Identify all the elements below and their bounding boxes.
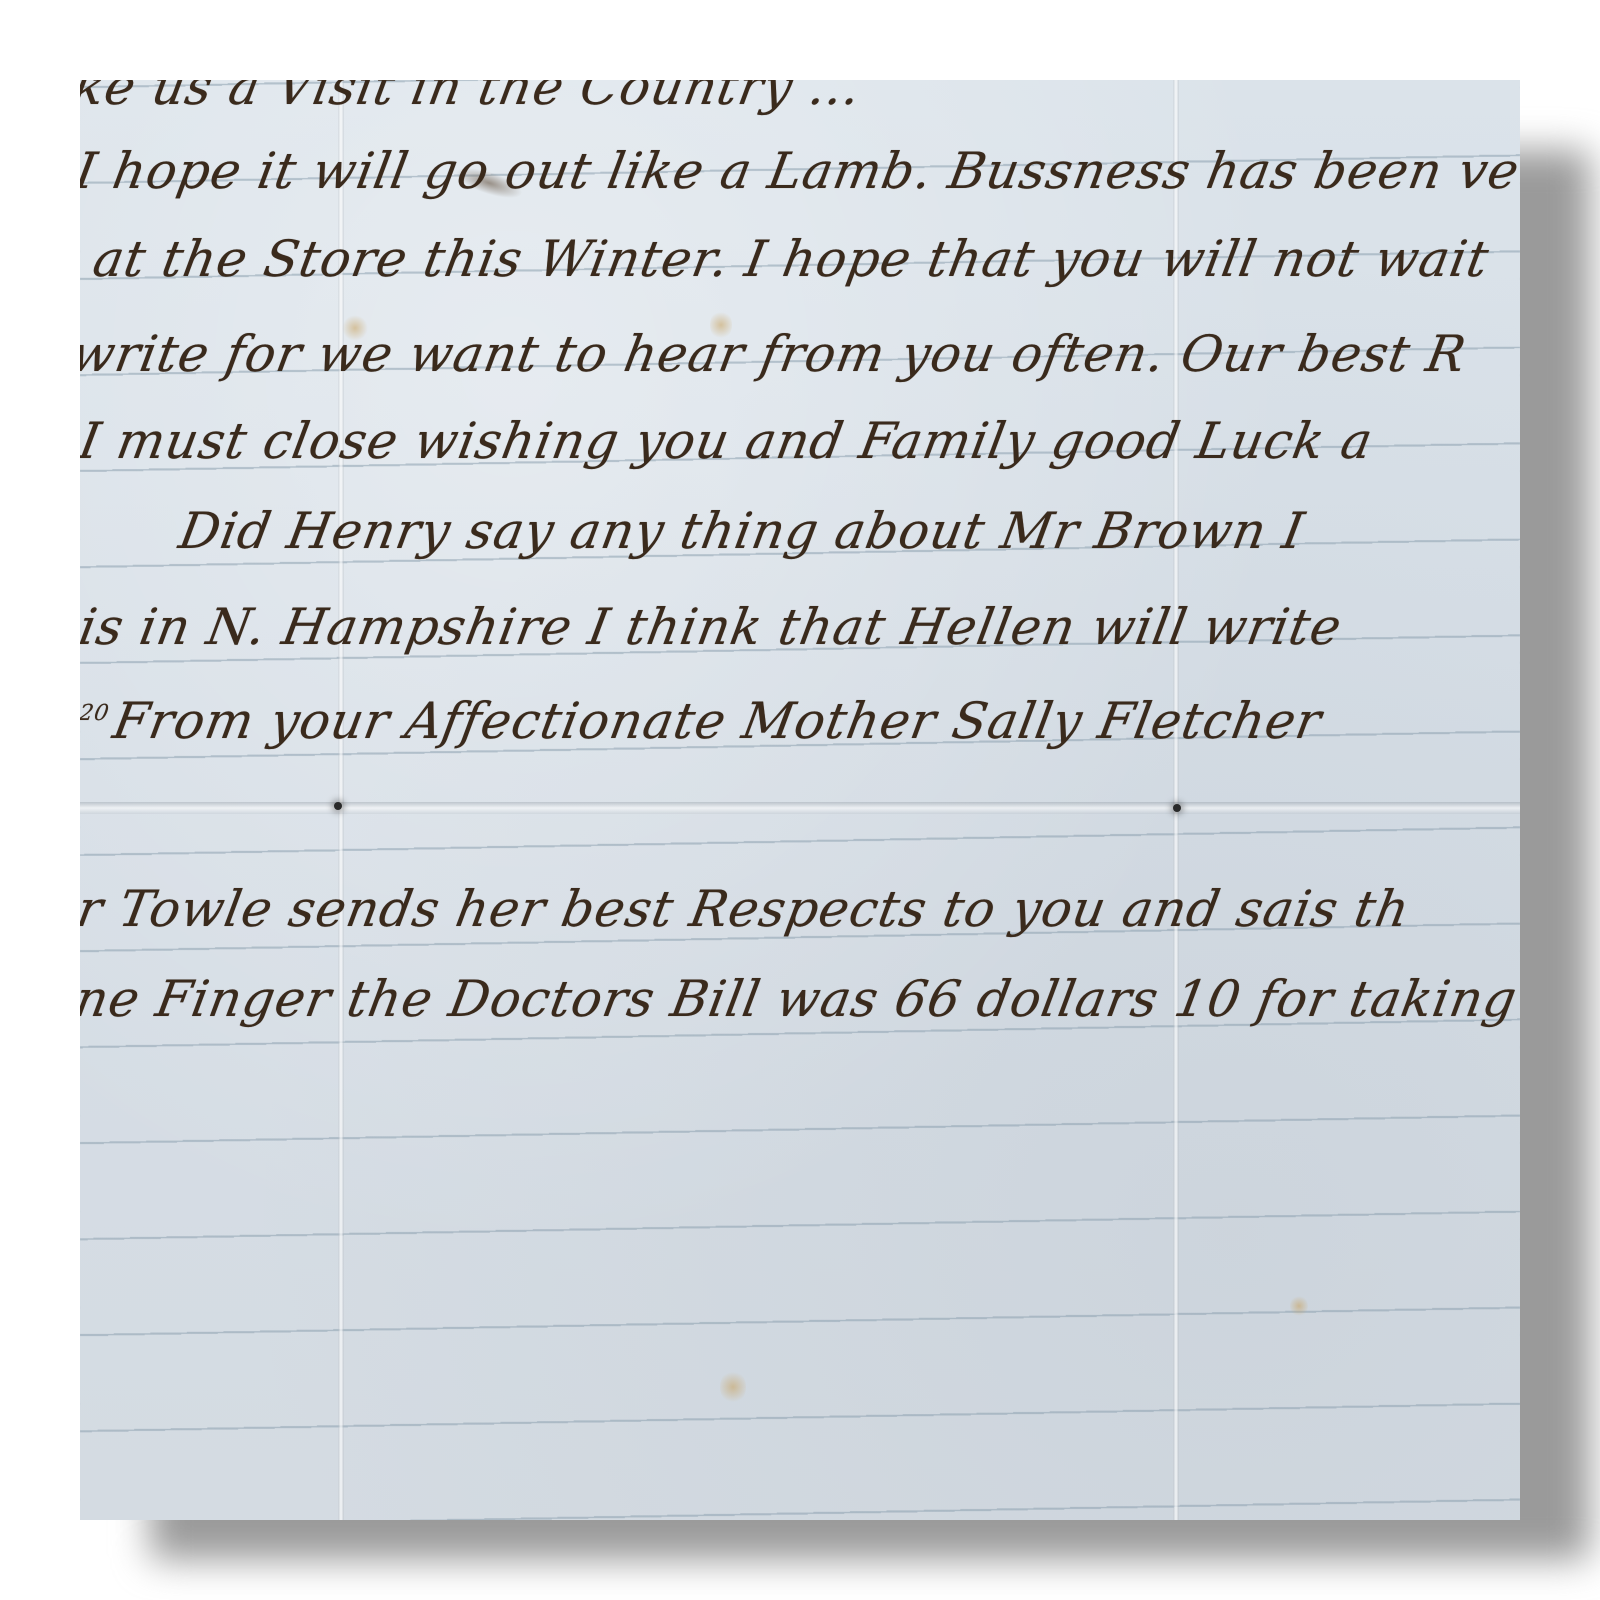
letter-line-3: at the Store this Winter. I hope that yo… — [89, 230, 1494, 288]
stage: ke us a Visit in the Country ... I hope … — [0, 0, 1600, 1600]
signature-text: From your Affectionate Mother Sally Flet… — [109, 692, 1326, 750]
letter-line-7: is in N. Hampshire I think that Hellen w… — [80, 598, 1346, 656]
letter-line-5: I must close wishing you and Family good… — [80, 412, 1378, 470]
pinhole-right — [1173, 804, 1181, 812]
letter-line-4: write for we want to hear from you often… — [80, 325, 1471, 383]
fold-crease-left — [338, 80, 344, 1520]
foxing-stain — [720, 1370, 746, 1404]
pinhole-left — [334, 802, 342, 810]
letter-line-10: ne Finger the Doctors Bill was 66 dollar… — [80, 970, 1520, 1028]
fold-crease-horizontal — [80, 802, 1520, 814]
letter-line-8-signature: 20From your Affectionate Mother Sally Fl… — [80, 692, 1326, 750]
foxing-stain — [1290, 1295, 1308, 1317]
fold-crease-right — [1173, 80, 1179, 1520]
letter-line-9: r Towle sends her best Respects to you a… — [80, 880, 1414, 938]
letter-line-6: Did Henry say any thing about Mr Brown I — [175, 502, 1309, 560]
letter-line-2: I hope it will go out like a Lamb. Bussn… — [80, 142, 1520, 200]
letter-line-1: ke us a Visit in the Country ... — [80, 80, 866, 116]
letter-page: ke us a Visit in the Country ... I hope … — [80, 80, 1520, 1520]
margin-note: 20 — [80, 701, 111, 726]
